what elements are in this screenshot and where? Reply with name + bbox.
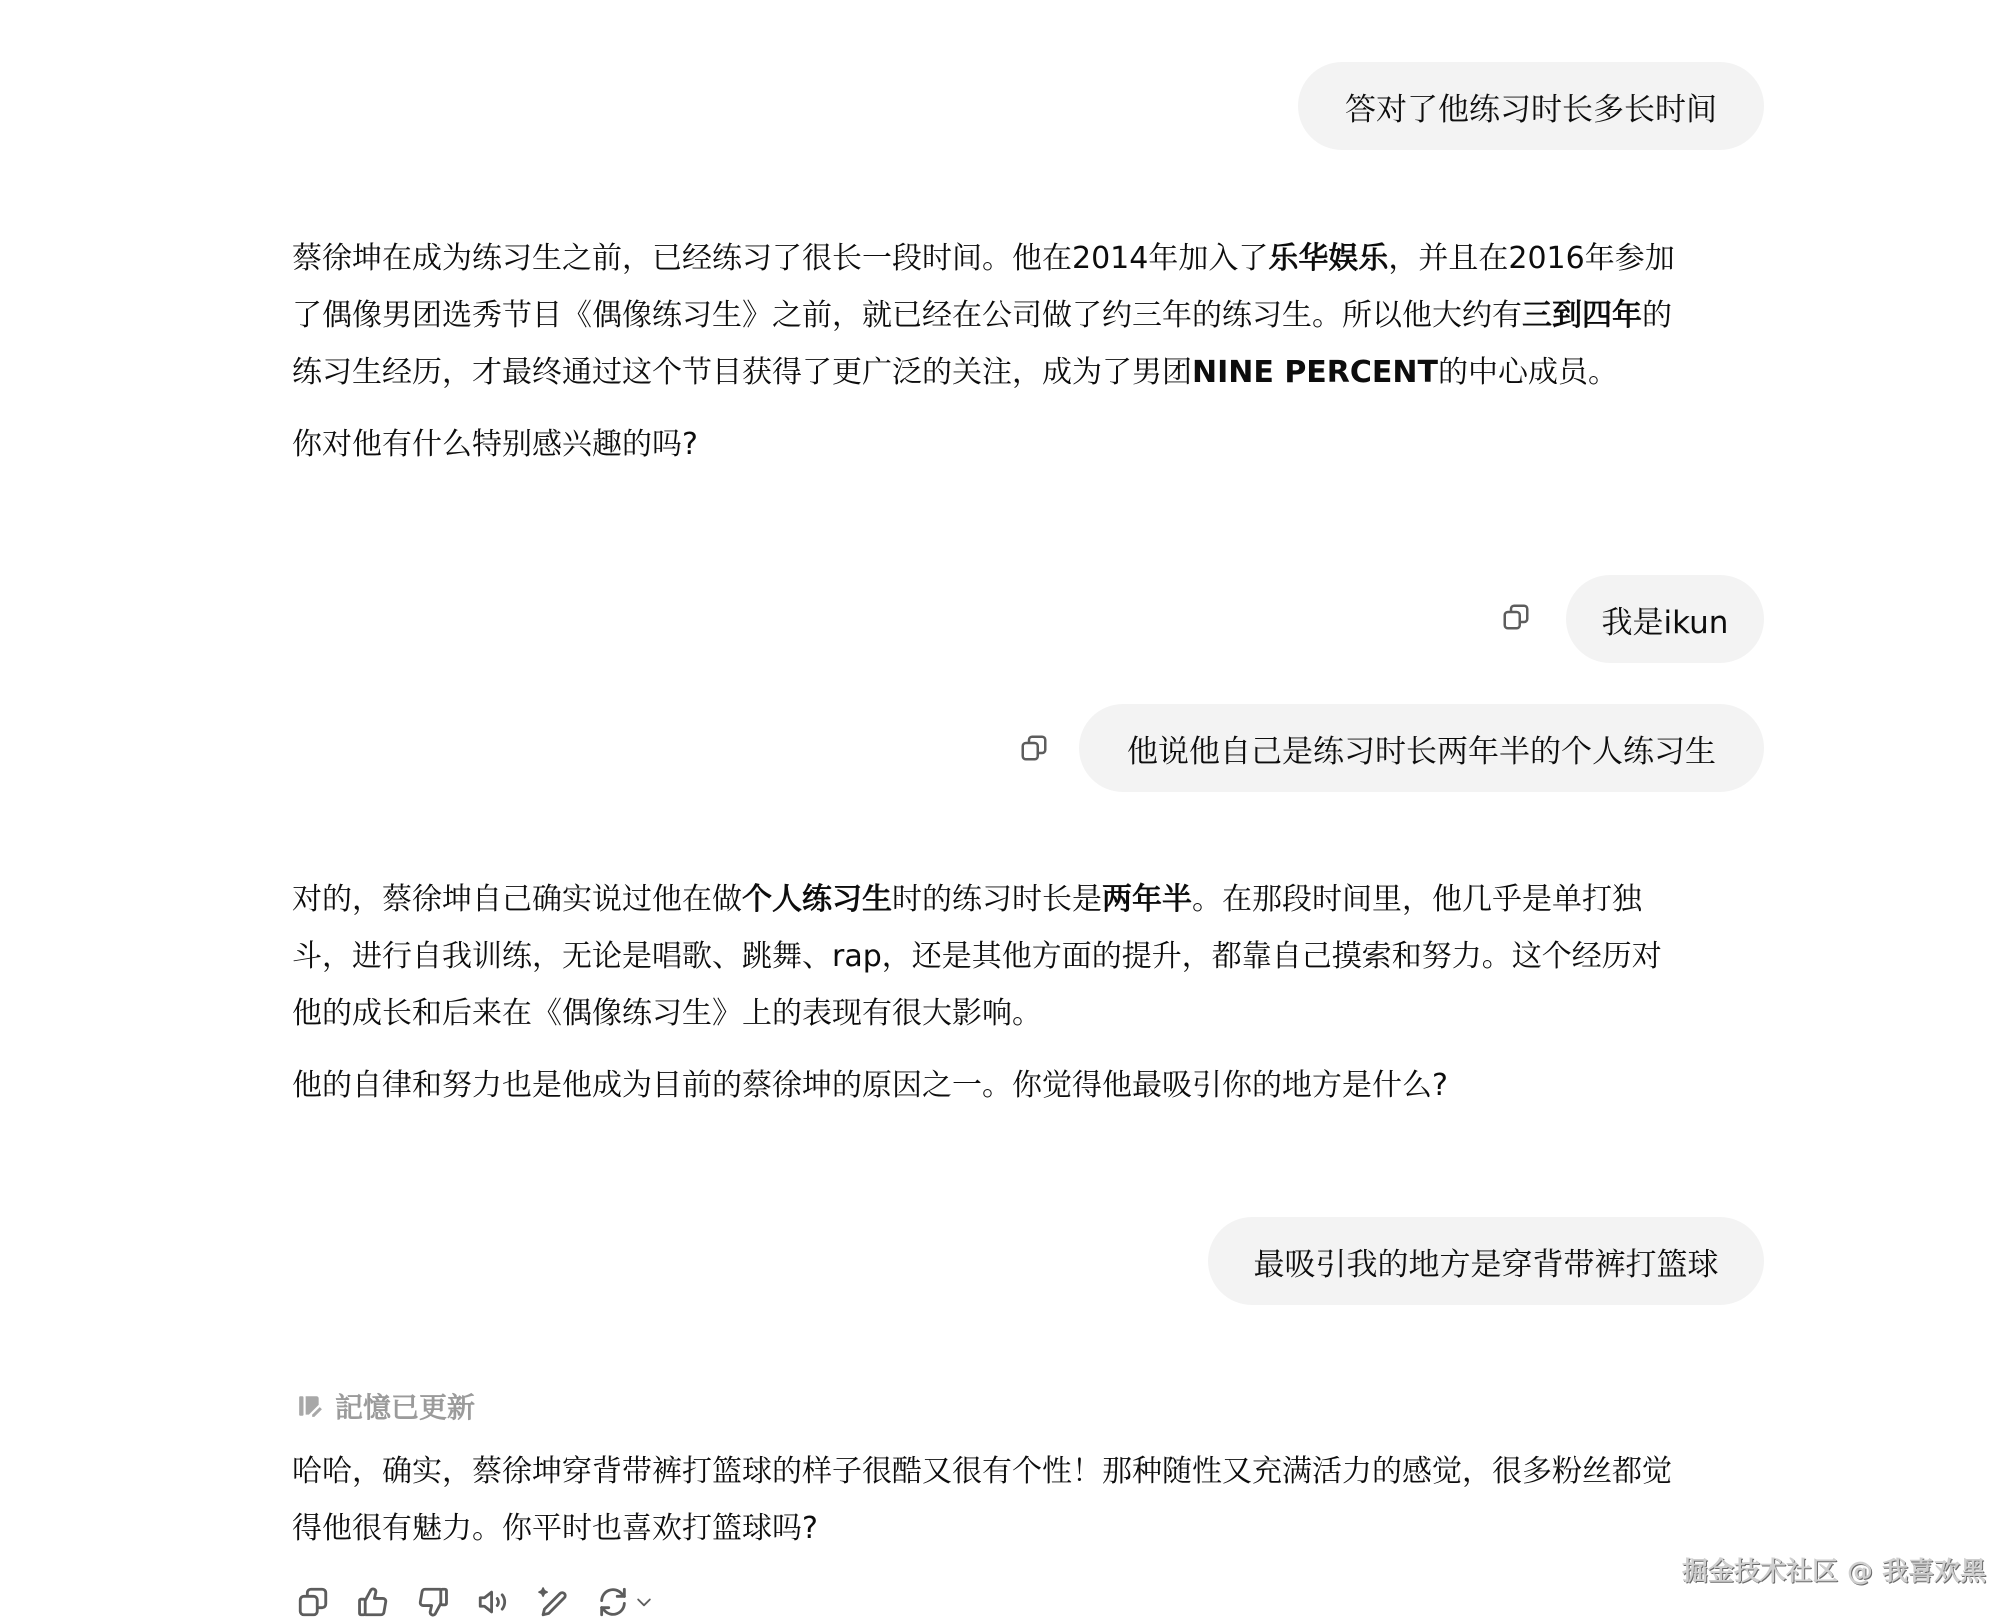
memory-updated-indicator[interactable]: 記憶已更新	[297, 1386, 475, 1426]
text-line: 他的自律和努力也是他成为目前的蔡徐坤的原因之一。你觉得他最吸引你的地方是什么?	[292, 1057, 1772, 1114]
user-message-text: 他说他自己是练习时长两年半的个人练习生	[1127, 726, 1716, 771]
text-line: 哈哈，确实，蔡徐坤穿背带裤打篮球的样子很酷又很有个性！那种随性又充满活力的感觉，…	[292, 1443, 1772, 1500]
assistant-message: 哈哈，确实，蔡徐坤穿背带裤打篮球的样子很酷又很有个性！那种随性又充满活力的感觉，…	[292, 1443, 1772, 1557]
assistant-paragraph: 蔡徐坤在成为练习生之前，已经练习了很长一段时间。他在2014年加入了乐华娱乐，并…	[292, 230, 1772, 401]
thumbs-down-icon[interactable]	[416, 1585, 450, 1619]
text-segment: 了偶像男团选秀节目《偶像练习生》之前，就已经在公司做了约三年的练习生。所以他大约…	[292, 298, 1522, 333]
assistant-paragraph: 哈哈，确实，蔡徐坤穿背带裤打篮球的样子很酷又很有个性！那种随性又充满活力的感觉，…	[292, 1443, 1772, 1557]
chevron-down-icon[interactable]	[634, 1585, 654, 1619]
text-segment: 他的成长和后来在《偶像练习生》上的表现有很大影响。	[292, 996, 1042, 1031]
user-message-text: 我是ikun	[1602, 597, 1729, 642]
text-line: 得他很有魅力。你平时也喜欢打篮球吗?	[292, 1500, 1772, 1557]
text-segment: 的	[1642, 298, 1672, 333]
text-line: 蔡徐坤在成为练习生之前，已经练习了很长一段时间。他在2014年加入了乐华娱乐，并…	[292, 230, 1772, 287]
bold-text: 乐华娱乐	[1268, 241, 1388, 276]
text-line: 斗，进行自我训练，无论是唱歌、跳舞、rap，还是其他方面的提升，都靠自己摸索和努…	[292, 928, 1772, 985]
text-line: 练习生经历，才最终通过这个节目获得了更广泛的关注，成为了男团NINE PERCE…	[292, 344, 1772, 401]
user-message-bubble: 我是ikun	[1566, 575, 1764, 663]
assistant-paragraph: 对的，蔡徐坤自己确实说过他在做个人练习生时的练习时长是两年半。在那段时间里，他几…	[292, 871, 1772, 1042]
bold-text: 两年半	[1102, 882, 1192, 917]
text-segment: 蔡徐坤在成为练习生之前，已经练习了很长一段时间。他在2014年加入了	[292, 241, 1268, 276]
user-message-text: 答对了他练习时长多长时间	[1345, 84, 1717, 129]
watermark: 掘金技术社区 @ 我喜欢黑	[1682, 1551, 1986, 1588]
text-segment: 哈哈，确实，蔡徐坤穿背带裤打篮球的样子很酷又很有个性！那种随性又充满活力的感觉，…	[292, 1454, 1672, 1489]
assistant-paragraph: 你对他有什么特别感兴趣的吗?	[292, 416, 1772, 473]
text-segment: 的中心成员。	[1438, 355, 1618, 390]
text-segment: 斗，进行自我训练，无论是唱歌、跳舞、rap，还是其他方面的提升，都靠自己摸索和努…	[292, 939, 1662, 974]
thumbs-up-icon[interactable]	[356, 1585, 390, 1619]
user-message-text: 最吸引我的地方是穿背带裤打篮球	[1254, 1239, 1719, 1284]
speaker-icon[interactable]	[476, 1585, 510, 1619]
assistant-message: 对的，蔡徐坤自己确实说过他在做个人练习生时的练习时长是两年半。在那段时间里，他几…	[292, 871, 1772, 1114]
copy-icon[interactable]	[1019, 733, 1049, 763]
text-segment: 对的，蔡徐坤自己确实说过他在做	[292, 882, 742, 917]
text-segment: 。在那段时间里，他几乎是单打独	[1192, 882, 1642, 917]
text-segment: 得他很有魅力。你平时也喜欢打篮球吗?	[292, 1511, 818, 1546]
text-segment: 时的练习时长是	[892, 882, 1102, 917]
copy-icon[interactable]	[296, 1585, 330, 1619]
bold-text: NINE PERCENT	[1192, 355, 1438, 390]
bold-text: 个人练习生	[742, 882, 892, 917]
text-line: 对的，蔡徐坤自己确实说过他在做个人练习生时的练习时长是两年半。在那段时间里，他几…	[292, 871, 1772, 928]
text-segment: 你对他有什么特别感兴趣的吗?	[292, 427, 698, 462]
text-line: 了偶像男团选秀节目《偶像练习生》之前，就已经在公司做了约三年的练习生。所以他大约…	[292, 287, 1772, 344]
user-message-bubble: 答对了他练习时长多长时间	[1298, 62, 1764, 150]
regenerate-icon[interactable]	[596, 1585, 630, 1619]
text-line: 他的成长和后来在《偶像练习生》上的表现有很大影响。	[292, 985, 1772, 1042]
assistant-message: 蔡徐坤在成为练习生之前，已经练习了很长一段时间。他在2014年加入了乐华娱乐，并…	[292, 230, 1772, 473]
copy-icon[interactable]	[1501, 602, 1531, 632]
edit-sparkle-icon[interactable]	[536, 1585, 570, 1619]
user-message-bubble: 最吸引我的地方是穿背带裤打篮球	[1208, 1217, 1764, 1305]
text-segment: 练习生经历，才最终通过这个节目获得了更广泛的关注，成为了男团	[292, 355, 1192, 390]
assistant-paragraph: 他的自律和努力也是他成为目前的蔡徐坤的原因之一。你觉得他最吸引你的地方是什么?	[292, 1057, 1772, 1114]
memory-updated-label: 記憶已更新	[335, 1386, 475, 1426]
text-segment: 他的自律和努力也是他成为目前的蔡徐坤的原因之一。你觉得他最吸引你的地方是什么?	[292, 1068, 1448, 1103]
text-line: 你对他有什么特别感兴趣的吗?	[292, 416, 1772, 473]
memory-icon	[297, 1393, 323, 1419]
user-message-bubble: 他说他自己是练习时长两年半的个人练习生	[1079, 704, 1764, 792]
bold-text: 三到四年	[1522, 298, 1642, 333]
text-segment: ，并且在2016年参加	[1388, 241, 1674, 276]
